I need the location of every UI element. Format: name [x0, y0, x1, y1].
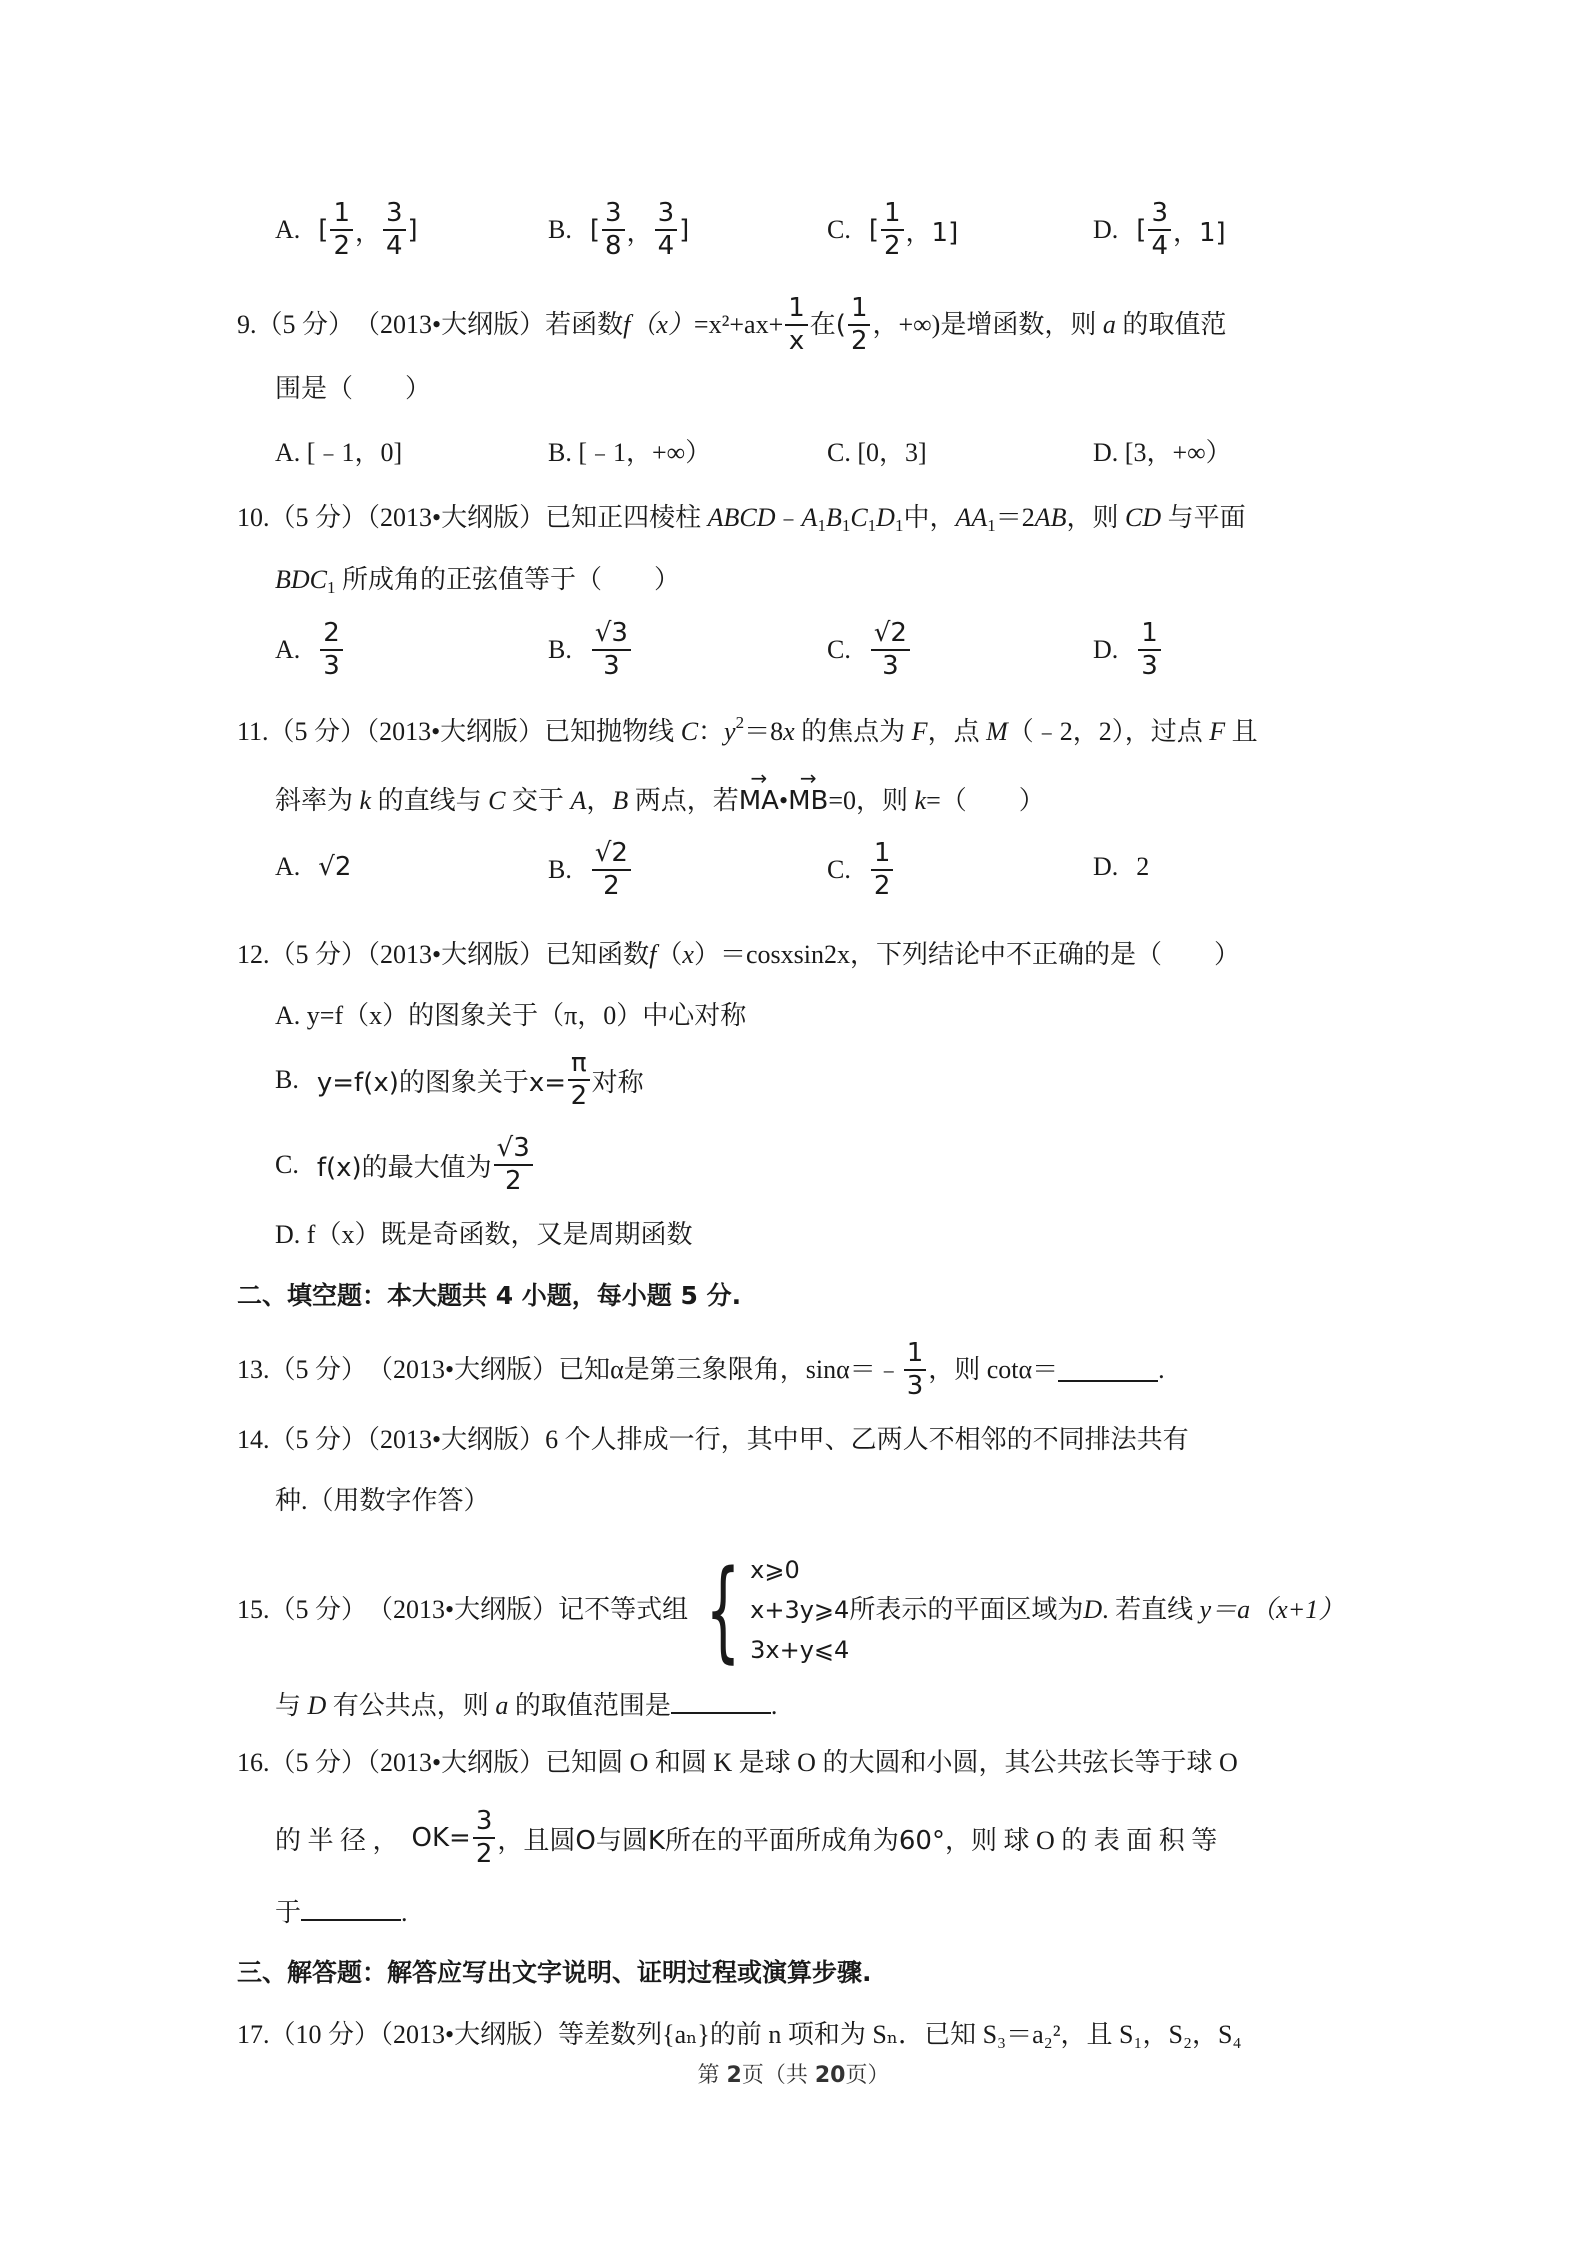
q10-stem: 10.（5 分）（2013•大纲版）已知正四棱柱 ABCD﹣A1B1C1D1中，… [237, 505, 1246, 534]
q10-stem-cont: BDC1 所成角的正弦值等于（ ） [275, 567, 680, 596]
q10-option-a: A.23 [275, 620, 345, 681]
q12-stem: 12.（5 分）（2013•大纲版）已知函数f（x）＝cosxsin2x，下列结… [237, 942, 1240, 968]
q16-stem: 16.（5 分）（2013•大纲版）已知圆 O 和圆 K 是球 O 的大圆和小圆… [237, 1750, 1238, 1776]
q9-stem-cont: 围是（ ） [275, 376, 431, 402]
inequality-system: { x⩾0 x+3y⩾4 3x+y⩽4 [688, 1550, 849, 1670]
q8-option-c: C. [12，1] [827, 200, 958, 261]
q8-option-a: A. [12，34] [275, 200, 418, 261]
page-footer: 第 2页（共 20页） [0, 2058, 1587, 2089]
answer-blank[interactable] [301, 1897, 401, 1921]
q9-stem: 9.（5 分）（2013•大纲版）若函数 f（x）=x²+ax+ 1x 在( 1… [237, 295, 1226, 356]
q10-option-b: B.√33 [548, 620, 633, 681]
q14-stem: 14.（5 分）（2013•大纲版）6 个人排成一行，其中甲、乙两人不相邻的不同… [237, 1427, 1189, 1453]
q15-stem: 15.（5 分）（2013•大纲版）记不等式组 { x⩾0 x+3y⩾4 3x+… [237, 1545, 1344, 1675]
q14-stem-cont: 种.（用数字作答） [275, 1488, 490, 1514]
q8-option-d: D. [34，1] [1093, 200, 1226, 261]
q12-option-b: B.y=f(x)的图象关于x=π2对称 [275, 1050, 644, 1111]
q11-option-d: D.2 [1093, 852, 1149, 882]
q12-option-d: D. f（x）既是奇函数，又是周期函数 [275, 1222, 692, 1248]
q11-option-a: A.√2 [275, 852, 351, 882]
q9-option-a: A. [﹣1，0] [275, 440, 402, 466]
q12-option-a: A. y=f（x）的图象关于（π，0）中心对称 [275, 1003, 746, 1029]
q9-option-c: C. [0，3] [827, 440, 927, 466]
q11-option-b: B.√22 [548, 840, 633, 901]
current-page: 2 [727, 2063, 742, 2088]
q8-option-b: B. [38，34] [548, 200, 689, 261]
q10-option-c: C.√23 [827, 620, 912, 681]
q13-stem: 13.（5 分）（2013•大纲版）已知α是第三象限角，sinα＝﹣ 13 ，则… [237, 1340, 1165, 1401]
q11-option-c: C.12 [827, 840, 895, 901]
answer-blank[interactable] [1058, 1358, 1158, 1382]
q16-stem-end: 于. [275, 1897, 408, 1926]
section-2-heading: 二、填空题：本大题共 4 小题，每小题 5 分. [237, 1283, 741, 1308]
q9-option-b: B. [﹣1，+∞） [548, 440, 711, 466]
section-3-heading: 三、解答题：解答应写出文字说明、证明过程或演算步骤. [237, 1960, 872, 1985]
q10-option-d: D.13 [1093, 620, 1163, 681]
q9-option-d: D. [3，+∞） [1093, 440, 1232, 466]
q16-stem-cont: 的 半 径 ， OK= 32 ，且圆O与圆K所在的平面所成角为60°，则 球 O… [275, 1808, 1217, 1869]
q12-option-c: C.f(x)的最大值为√32 [275, 1135, 535, 1196]
vector-mb: MB [788, 788, 828, 814]
q11-stem-cont: 斜率为 k 的直线与 C 交于 A，B 两点，若MA•MB=0，则 k=（ ） [275, 788, 1045, 814]
q11-stem: 11.（5 分）（2013•大纲版）已知抛物线 C：y2＝8x 的焦点为 F，点… [237, 714, 1258, 745]
total-pages: 20 [815, 2063, 846, 2088]
q15-stem-cont: 与 D 有公共点，则 a 的取值范围是. [275, 1690, 777, 1719]
q17-stem: 17.（10 分）（2013•大纲版）等差数列{aₙ}的前 n 项和为 Sₙ．已… [237, 2022, 1242, 2048]
vector-ma: MA [739, 788, 779, 814]
answer-blank[interactable] [671, 1690, 771, 1714]
